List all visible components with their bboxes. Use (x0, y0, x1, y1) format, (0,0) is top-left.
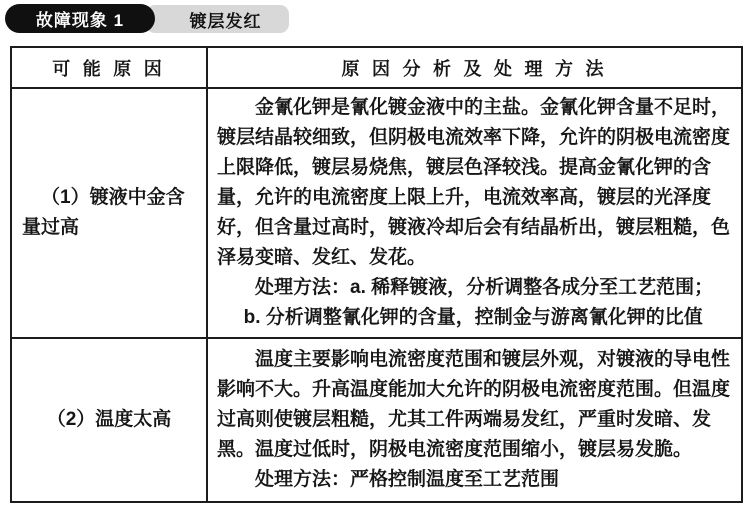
table-header-row: 可 能 原 因 原 因 分 析 及 处 理 方 法 (11, 47, 742, 88)
fault-analysis-table: 可 能 原 因 原 因 分 析 及 处 理 方 法 （1）镀液中金含量过高 金氰… (10, 46, 743, 503)
analysis-paragraph: 温度主要影响电流密度范围和镀层外观，对镀液的导电性影响不大。升高温度能加大允许的… (217, 345, 732, 465)
scanned-document-page: 镀层发红 故障现象 1 可 能 原 因 原 因 分 析 及 处 理 方 法 （1… (0, 0, 750, 513)
treatment-line: 处理方法：严格控制温度至工艺范围 (217, 465, 732, 495)
fault-phenomenon-badge: 故障现象 1 (5, 4, 155, 33)
treatment-line: b. 分析调整氰化钾的含量，控制金与游离氰化钾的比值 (217, 303, 732, 333)
analysis-paragraph: 金氰化钾是氰化镀金液中的主盐。金氰化钾含量不足时，镀层结晶较细致，但阴极电流效率… (217, 93, 732, 273)
table-row: （2）温度太高 温度主要影响电流密度范围和镀层外观，对镀液的导电性影响不大。升高… (11, 338, 742, 502)
analysis-cell: 温度主要影响电流密度范围和镀层外观，对镀液的导电性影响不大。升高温度能加大允许的… (207, 338, 742, 502)
treatment-label: 处理方法： (255, 277, 350, 298)
treatment-label: 处理方法： (255, 469, 350, 490)
treatment-line: 处理方法：a. 稀释镀液，分析调整各成分至工艺范围； (217, 273, 732, 303)
treatment-text: a. 稀释镀液，分析调整各成分至工艺范围； (350, 277, 713, 298)
cause-cell: （2）温度太高 (11, 338, 207, 502)
analysis-cell: 金氰化钾是氰化镀金液中的主盐。金氰化钾含量不足时，镀层结晶较细致，但阴极电流效率… (207, 88, 742, 338)
cause-cell: （1）镀液中金含量过高 (11, 88, 207, 338)
possible-cause-header: 可 能 原 因 (11, 47, 207, 88)
analysis-treatment-header: 原 因 分 析 及 处 理 方 法 (207, 47, 742, 88)
symptom-badge: 镀层发红 (146, 5, 289, 33)
treatment-text: 严格控制温度至工艺范围 (350, 469, 559, 490)
page-heading: 镀层发红 故障现象 1 (0, 0, 750, 40)
table-row: （1）镀液中金含量过高 金氰化钾是氰化镀金液中的主盐。金氰化钾含量不足时，镀层结… (11, 88, 742, 338)
